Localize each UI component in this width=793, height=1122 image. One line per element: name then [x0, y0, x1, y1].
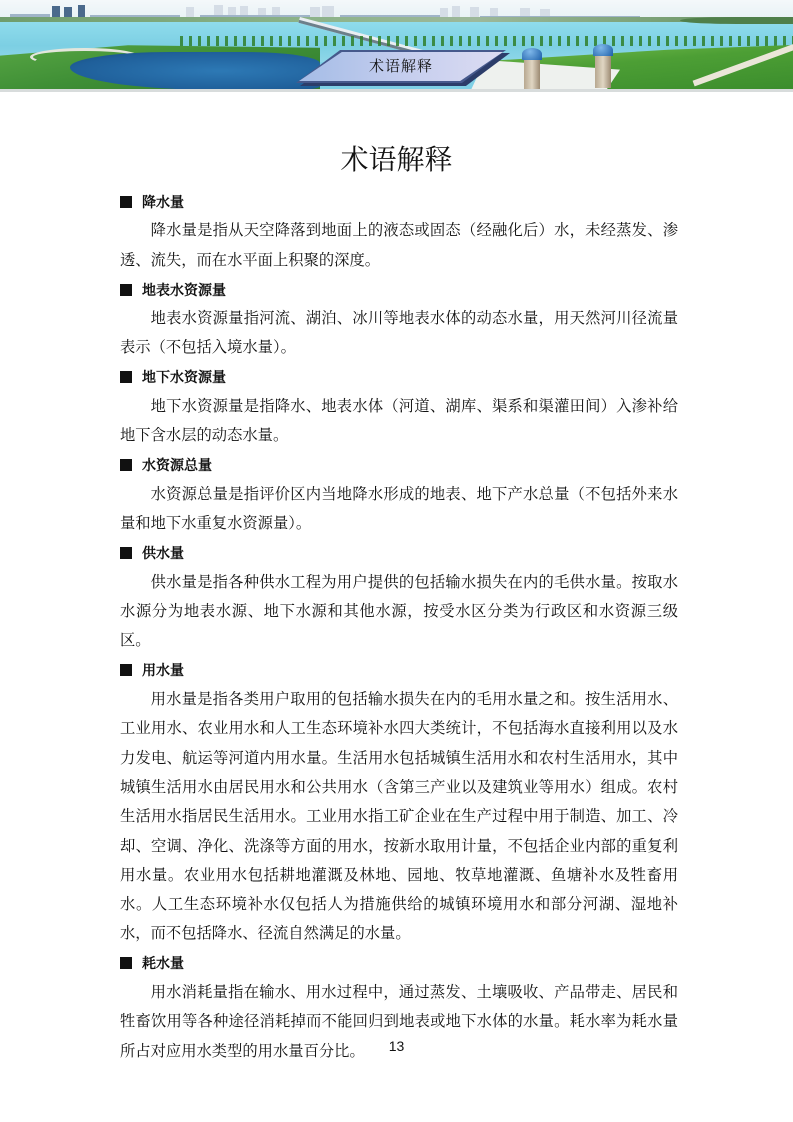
page-title: 术语解释	[0, 143, 793, 177]
section-heading-text: 地下水资源量	[142, 367, 226, 387]
header-banner: 术语解释	[0, 0, 793, 92]
section-heading: 水资源总量	[120, 451, 678, 480]
section-heading-text: 耗水量	[142, 953, 184, 973]
section-water-use: 用水量 用水量是指各类用户取用的包括输水损失在内的毛用水量之和。按生活用水、工业…	[120, 656, 678, 949]
section-heading: 地下水资源量	[120, 363, 678, 392]
banner-tower-icon	[524, 56, 540, 92]
banner-tower-icon	[595, 52, 611, 88]
section-heading-text: 用水量	[142, 660, 184, 680]
banner-tree-row	[180, 36, 793, 46]
square-bullet-icon	[120, 459, 132, 471]
page-number: 13	[0, 1038, 793, 1054]
section-groundwater: 地下水资源量 地下水资源量是指降水、地表水体（河道、湖库、渠系和渠灌田间）入渗补…	[120, 363, 678, 451]
section-heading: 耗水量	[120, 949, 678, 978]
section-water-supply: 供水量 供水量是指各种供水工程为用户提供的包括输水损失在内的毛供水量。按取水水源…	[120, 539, 678, 656]
banner-island	[680, 17, 793, 24]
banner-label-text: 术语解释	[296, 50, 506, 83]
section-precipitation: 降水量 降水量是指从天空降落到地面上的液态或固态（经融化后）水，未经蒸发、渗透、…	[120, 187, 678, 275]
square-bullet-icon	[120, 957, 132, 969]
square-bullet-icon	[120, 196, 132, 208]
section-surface-water: 地表水资源量 地表水资源量指河流、湖泊、冰川等地表水体的动态水量，用天然河川径流…	[120, 275, 678, 363]
section-body: 供水量是指各种供水工程为用户提供的包括输水损失在内的毛供水量。按取水水源分为地表…	[120, 568, 678, 656]
section-heading: 地表水资源量	[120, 275, 678, 304]
section-heading-text: 供水量	[142, 543, 184, 563]
banner-section-label: 术语解释	[296, 50, 510, 86]
glossary-content: 降水量 降水量是指从天空降落到地面上的液态或固态（经融化后）水，未经蒸发、渗透、…	[120, 187, 678, 1066]
section-heading-text: 降水量	[142, 192, 184, 212]
section-body: 水资源总量是指评价区内当地降水形成的地表、地下产水总量（不包括外来水量和地下水重…	[120, 480, 678, 539]
square-bullet-icon	[120, 547, 132, 559]
section-total-water-resources: 水资源总量 水资源总量是指评价区内当地降水形成的地表、地下产水总量（不包括外来水…	[120, 451, 678, 539]
section-heading: 用水量	[120, 656, 678, 685]
section-heading: 供水量	[120, 539, 678, 568]
square-bullet-icon	[120, 664, 132, 676]
banner-bottom-edge	[0, 89, 793, 92]
section-heading-text: 水资源总量	[142, 455, 212, 475]
section-body: 地下水资源量是指降水、地表水体（河道、湖库、渠系和渠灌田间）入渗补给地下含水层的…	[120, 392, 678, 451]
section-heading: 降水量	[120, 187, 678, 216]
square-bullet-icon	[120, 284, 132, 296]
section-body: 降水量是指从天空降落到地面上的液态或固态（经融化后）水，未经蒸发、渗透、流失，而…	[120, 216, 678, 275]
section-body: 用水量是指各类用户取用的包括输水损失在内的毛用水量之和。按生活用水、工业用水、农…	[120, 685, 678, 949]
section-body: 地表水资源量指河流、湖泊、冰川等地表水体的动态水量，用天然河川径流量表示（不包括…	[120, 304, 678, 363]
section-heading-text: 地表水资源量	[142, 280, 226, 300]
square-bullet-icon	[120, 371, 132, 383]
